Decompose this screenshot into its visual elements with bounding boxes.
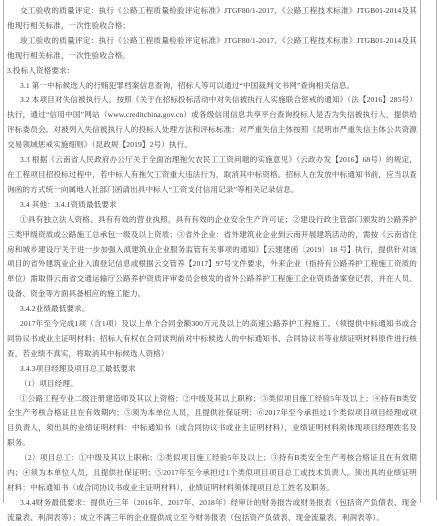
project-manager-requirements: ①公路工程专业二级注册建造师及其以上资格；②中级及其以上职称；③类似项目施工经验… xyxy=(7,392,417,452)
delivery-acceptance-quality-text: 交工验收的质量评定：执行《公路工程质量检验评定标准》JTGF80/1-2017、… xyxy=(7,4,417,34)
clause-3-4-2-performance-content: 2017年至今完成1项（含1项）及以上单个合同金额300万元及以上的高速公路养护… xyxy=(7,317,417,362)
clause-3-2-dishonest-executee: 3.2 本项目对失信被执行人，按照《关于在招标投标活动中对失信被执行人实施联合惩… xyxy=(7,93,417,153)
clause-3-4-2-performance-heading: 3.4.2业绩最低要求。 xyxy=(7,302,417,317)
clause-3-4-4-financial-requirements: 3.4.4财务最低要求：提供近三年（2016年、2017年、2018年）经审计的… xyxy=(7,496,417,500)
project-manager-subheading: （1）项目经理。 xyxy=(7,377,417,392)
document-table-cell: 交工验收的质量评定：执行《公路工程质量检验评定标准》JTGF80/1-2017、… xyxy=(3,0,421,500)
clause-3-4-1-qualification-content: ①具有独立法人资格、具有有效的营业执照，具有有效的企业安全生产许可证；②建设行政… xyxy=(7,213,417,302)
bidder-qualification-heading: 3.投标人资格要求： xyxy=(7,64,417,79)
completion-acceptance-quality-text: 竣工验收的质量评定：执行《公路工程质量检验评定标准》JTGF80/1-2017、… xyxy=(7,34,417,64)
clause-3-3-wage-arrears: 3.3 根据《云南省人民政府办公厅关于全面治理拖欠农民工工资问题的实施意见》（云… xyxy=(7,153,417,198)
clause-3-1-bribery-record-query: 3.1 第一中标候选人的行贿犯罪档案信息查询，招标人等可以通过“中国裁判文书网”… xyxy=(7,79,417,94)
chief-engineer-requirements: （2）项目总工：①中级及其以上职称；②类似项目施工经验5年及以上；③持有B类安全… xyxy=(7,451,417,496)
clause-3-4-qualification-heading: 3.4 其他：3.4.1资质最低要求 xyxy=(7,198,417,213)
table-outer-border xyxy=(436,0,437,500)
clause-3-4-3-personnel-heading: 3.4.3项目经理及项目总工最低要求 xyxy=(7,362,417,377)
